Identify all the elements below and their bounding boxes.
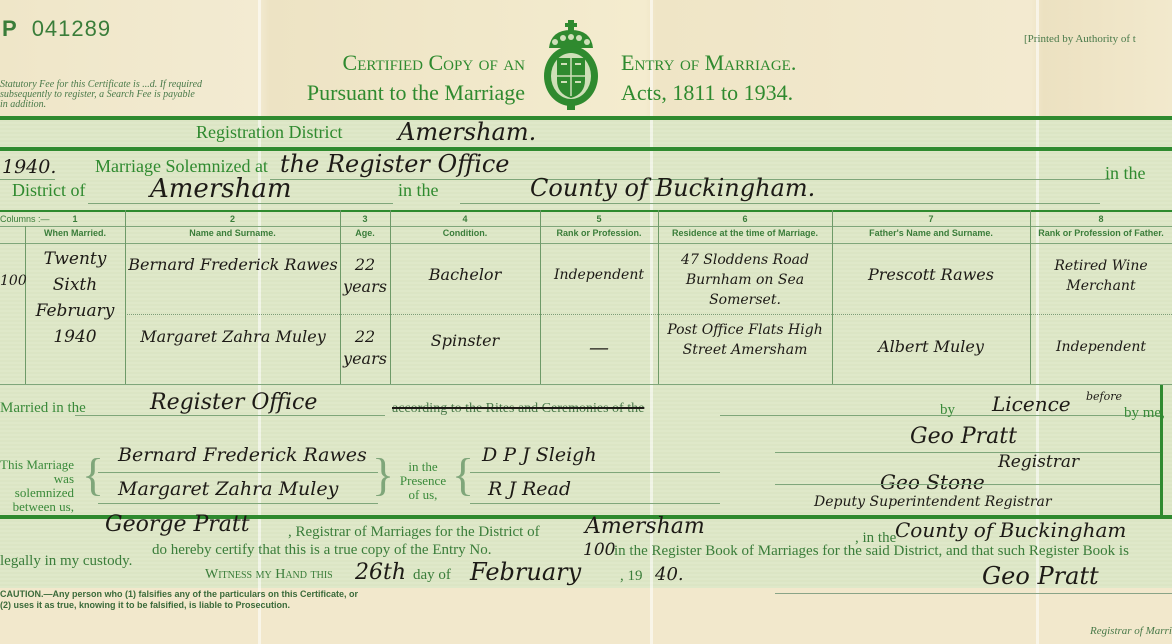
table-top-rule: [0, 210, 1172, 212]
rule-top: [0, 116, 1172, 120]
groom-residence: 47 Sloddens Road Burnham on Sea Somerset…: [660, 250, 830, 310]
by-value: Licence: [992, 392, 1071, 416]
col-num-3: 3: [340, 214, 390, 224]
signature-line: [775, 593, 1172, 594]
between-line2: was solemnized: [0, 472, 74, 500]
presence-label: in the Presence of us,: [392, 460, 454, 502]
county-underline: [460, 203, 1100, 204]
when-married-value: Twenty Sixth February 1940: [28, 246, 122, 350]
rule-district: [0, 147, 1172, 151]
district-of-value: Amersham: [150, 174, 292, 204]
table-row-divider: [125, 314, 1172, 315]
married-in-label: Married in the: [0, 401, 86, 415]
col-num-5: 5: [540, 214, 658, 224]
printed-by-note: [Printed by Authority of t: [1024, 33, 1136, 45]
before-label: before: [1086, 390, 1122, 403]
groom-profession: Independent: [542, 264, 656, 286]
cert-year-prefix: , 19: [620, 568, 643, 585]
groom-name: Bernard Frederick Rawes: [128, 254, 338, 276]
married-in-underline: [75, 415, 385, 416]
cert-entry-no: 100: [583, 540, 615, 560]
custody-text: legally in my custody.: [0, 553, 132, 570]
officiant2-title: Deputy Superintendent Registrar: [814, 494, 1052, 510]
royal-crest-icon: [541, 18, 601, 112]
table-bottom-rule: [0, 384, 1172, 385]
by-label: by: [940, 403, 955, 417]
registration-district-label: Registration District: [196, 122, 342, 143]
bride-profession: —: [542, 336, 656, 358]
registrar-signature: George Pratt: [105, 512, 250, 537]
between-line1: This Marriage: [0, 458, 74, 472]
rites-struck-text: according to the Rites and Ceremonies of…: [392, 402, 644, 416]
caution-notice: CAUTION.—Any person who (1) falsifies an…: [0, 589, 370, 611]
district-of-underline: [88, 203, 393, 204]
in-the-county-label: in the: [398, 180, 439, 201]
col-divider: [25, 226, 26, 384]
title-left: Certified Copy of an Pursuant to the Mar…: [250, 48, 525, 108]
presence-line2: Presence: [392, 474, 454, 488]
table-head-rule: [0, 243, 1172, 244]
col-num-6: 6: [658, 214, 832, 224]
cert-year-value: 40.: [655, 564, 684, 585]
fee-note: Statutory Fee for this Certificate is ..…: [0, 80, 205, 110]
witness-hand-label: Witness my Hand this: [205, 567, 333, 583]
col-head-age: Age.: [340, 228, 390, 238]
title-left-line1: Certified Copy of an: [250, 48, 525, 78]
right-brace: }: [372, 452, 394, 498]
bride-residence: Post Office Flats High Street Amersham: [660, 320, 830, 360]
witness2-underline: [470, 503, 720, 504]
certificate-serial: P041289: [2, 16, 111, 42]
col-head-condition: Condition.: [390, 228, 540, 238]
col-num-7: 7: [832, 214, 1030, 224]
certifying-signature: Geo Pratt: [982, 562, 1099, 590]
witness1-underline: [470, 472, 720, 473]
spouse2-underline: [98, 503, 378, 504]
title-right-line2: Acts, 1811 to 1934.: [621, 78, 881, 108]
district-of-label: District of: [12, 180, 86, 201]
bride-father-name: Albert Muley: [834, 336, 1028, 358]
col-head-father-name: Father's Name and Surname.: [832, 228, 1030, 238]
bride-age: 22 years: [342, 326, 388, 370]
registrar-label: , Registrar of Marriages for the Distric…: [288, 524, 540, 541]
title-left-line2: Pursuant to the Marriage: [250, 78, 525, 108]
col-head-name: Name and Surname.: [125, 228, 340, 238]
between-line3: between us,: [0, 500, 74, 514]
between-us-label: This Marriage was solemnized between us,: [0, 458, 74, 514]
officiant2-underline: [775, 484, 1160, 485]
day-of-label: day of: [413, 567, 451, 584]
certify-text: do hereby certify that this is a true co…: [152, 542, 492, 559]
serial-number: 041289: [32, 16, 111, 41]
groom-father-profession: Retired Wine Merchant: [1032, 256, 1170, 296]
groom-father-name: Prescott Rawes: [834, 264, 1028, 286]
witness-brace: {: [452, 452, 474, 498]
cert-month-value: February: [470, 558, 581, 586]
groom-condition: Bachelor: [392, 264, 538, 286]
cert-county-value: County of Buckingham: [895, 518, 1126, 542]
registration-district-value: Amersham.: [398, 118, 536, 146]
spouse1-signature: Bernard Frederick Rawes: [118, 444, 367, 466]
groom-age: 22 years: [342, 254, 388, 298]
bride-name: Margaret Zahra Muley: [128, 326, 338, 348]
title-right: Entry of Marriage. Acts, 1811 to 1934.: [621, 48, 881, 108]
spouse1-underline: [98, 472, 378, 473]
col-num-1: 1: [25, 214, 125, 224]
cert-day-value: 26th: [355, 560, 406, 585]
title-right-line1: Entry of Marriage.: [621, 48, 881, 78]
officiant1-title: Registrar: [998, 452, 1079, 472]
presence-line1: in the: [392, 460, 454, 474]
col-head-residence: Residence at the time of Marriage.: [658, 228, 832, 238]
col-head-father-profession: Rank or Profession of Father.: [1030, 228, 1172, 238]
cert-district-value: Amersham: [585, 514, 705, 539]
spouse2-signature: Margaret Zahra Muley: [118, 478, 338, 500]
officiant2-signature: Geo Stone: [880, 470, 985, 494]
by-me-label: by me,: [1124, 406, 1165, 420]
in-the-right-label: in the: [1105, 163, 1146, 184]
col-head-when-married: When Married.: [25, 228, 125, 238]
year-value: 1940.: [2, 156, 56, 178]
solemnized-value: the Register Office: [280, 150, 510, 178]
register-book-text: in the Register Book of Marriages for th…: [614, 543, 1129, 560]
bride-condition: Spinster: [392, 330, 538, 352]
officiant1-signature: Geo Pratt: [910, 424, 1017, 449]
col-num-4: 4: [390, 214, 540, 224]
signature-title: Registrar of Marriages: [1090, 625, 1172, 637]
table-num-rule: [0, 226, 1172, 227]
county-value: County of Buckingham.: [530, 174, 815, 202]
officiant1-underline: [775, 452, 1160, 453]
bride-father-profession: Independent: [1032, 336, 1170, 358]
col-num-8: 8: [1030, 214, 1172, 224]
entry-number: 100: [0, 270, 25, 292]
form-right-border: [1160, 385, 1163, 519]
witness2-signature: R J Read: [488, 478, 571, 500]
witness1-signature: D P J Sleigh: [482, 444, 597, 466]
married-in-value: Register Office: [150, 390, 317, 415]
presence-line3: of us,: [392, 488, 454, 502]
serial-prefix: P: [2, 16, 18, 41]
col-num-2: 2: [125, 214, 340, 224]
col-head-profession: Rank or Profession.: [540, 228, 658, 238]
left-brace: {: [82, 452, 104, 498]
